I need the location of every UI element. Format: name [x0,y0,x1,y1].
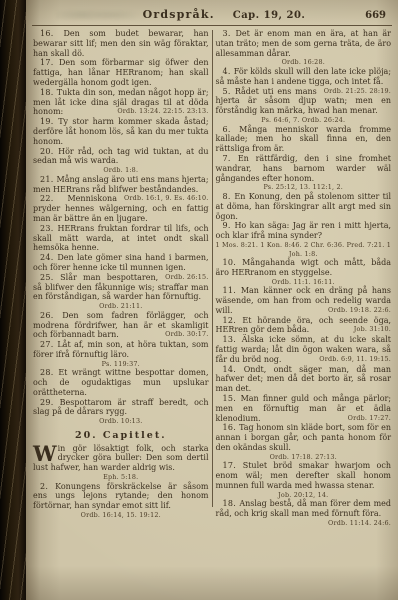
verse-number: 13. [223,335,242,344]
verse: 19. Ty stor harm kommer skada åstad; der… [33,117,209,146]
verse-number: 17. [223,461,243,470]
verse: 6. Många menniskor warda fromme kallade;… [216,125,392,154]
verse: 24. Den late gömer sina hand i barmen, o… [33,253,209,273]
cross-reference: Ordb. 11:1. 16:11. [216,278,392,287]
text-columns: 16. Den som budet bewarar, han bewarar s… [26,26,398,529]
page-title: Ordspråk. [143,8,215,21]
cross-reference: Ordb. 17:18. 27:13. [216,453,392,462]
right-column: 3. Det är enom man en ära, at han är uta… [216,29,392,529]
cross-reference: Ordb. 16:14, 15. 19:12. [33,511,209,520]
cross-reference: Ordb. 1:8. [33,166,209,175]
verse-number: 29. [40,398,60,407]
verse: Win gör lösaktigt folk, och starka dryck… [33,444,209,482]
verse: 23. HERrans fruktan fordrar til lifs, oc… [33,224,209,253]
verse: 9. Ho kan säga: Jag är ren i mitt hjerta… [216,221,392,258]
chapter-heading: 20. Capitlet. [33,431,209,441]
verse-number: 9. [223,221,235,230]
verse: 28. Et wrängt wittne bespottar domen, oc… [33,368,209,397]
verse: 3. Det är enom man en ära, at han är uta… [216,29,392,67]
verse-number: 26. [40,311,62,320]
verse: 7. En rättfärdig, den i sine fromhet wan… [216,154,392,192]
cross-reference: Ordb. 6:9, 11. 19:15. [312,355,391,365]
cross-reference: Ordb. 17:27. [341,414,391,424]
verse: 18. Anslag bestå, då man förer dem med r… [216,499,392,519]
verse-number: 15. [223,394,241,403]
verse: 18. Tukta din son, medan något hopp är; … [33,88,209,117]
verse-number: 12. [223,316,243,325]
verse: 8. En Konung, den på stolenom sitter til… [216,192,392,221]
chapter-range-label: Cap. 19, 20. [233,10,306,21]
cross-reference: Ps. 119:37. [33,360,209,369]
verse: 2. Konungens förskräckelse är såsom ens … [33,482,209,520]
verse: 29. Bespottarom är straff beredt, och sl… [33,398,209,426]
verse: 12. Et hörande öra, och seende öga, HERr… [216,316,392,336]
book-page: Ordspråk. Cap. 19, 20. 669 16. Den som b… [26,0,398,600]
verse-number: 22. [40,194,67,203]
verse-number: 23. [40,224,57,233]
verse-number: 24. [40,253,57,262]
verse-number: 20. [40,147,58,156]
verse-number: 2. [40,482,55,491]
cross-reference: Job. 31:10. [347,325,391,335]
cross-reference: Ordb. 21:11. [33,302,209,311]
chapter-20-verses: Win gör lösaktigt folk, och starka dryck… [33,444,209,520]
left-column-verses: 16. Den som budet bewarar, han bewarar s… [33,29,209,426]
verse: 13. Älska icke sömn, at du icke skalt fa… [216,335,392,364]
scanned-book-photo: Ordspråk. Cap. 19, 20. 669 16. Den som b… [0,0,398,600]
verse: 14. Ondt, ondt säger man, då man hafwer … [216,365,392,394]
verse-number: 25. [40,273,60,282]
verse-number: 10. [223,258,243,267]
dropcap-initial: W [33,444,57,462]
book-binding-edge [0,0,26,600]
verse: 17. Den som förbarmar sig öfwer den fatt… [33,58,209,87]
cross-reference: 1 Mos. 8:21. 1 Kon. 8:46. 2 Chr. 6:36. P… [216,241,392,258]
verse: 27. Låt af, min son, at höra tuktan, som… [33,340,209,368]
verse-number: 8. [223,192,235,201]
page-header: Ordspråk. Cap. 19, 20. 669 [26,0,398,23]
verse-number: 27. [40,340,57,349]
verse-number: 4. [223,67,234,76]
cross-reference: Ordb. 21:25. 28:19. [317,87,391,97]
cross-reference: Ordb. 16:1, 9. Es. 46:10. [117,194,209,204]
verse-number: 14. [223,365,244,374]
ink-showthrough [56,10,143,20]
verse: 26. Den som fadren förlägger, och modren… [33,311,209,340]
verse-number: 18. [223,499,240,508]
page-number: 669 [365,10,386,21]
cross-reference: Ordb. 10:13. [33,417,209,426]
verse-number: 11. [223,286,241,295]
verse: 10. Mångahanda wigt och mått, båda äro H… [216,258,392,286]
verse: 11. Man känner ock en dräng på hans wäse… [216,286,392,315]
verse: 21. Mång anslag äro uti ens mans hjerta;… [33,175,209,195]
verse-number: 17. [40,58,59,67]
cross-reference: Job. 20:12, 14. [216,491,392,500]
verse: 4. För kölds skull will den late icke pl… [216,67,392,87]
verse-number: 6. [223,125,240,134]
verse-number: 7. [223,154,238,163]
cross-reference: Ordb. 11:14. 24:6. [321,519,391,529]
verse-number: 5. [223,87,235,96]
header-rule [32,25,392,26]
verse-number: 21. [40,175,57,184]
verse-number: 19. [40,117,58,126]
right-column-verses: 3. Det är enom man en ära, at han är uta… [216,29,392,519]
cross-reference: Eph. 5:18. [33,473,209,482]
left-column: 16. Den som budet bewarar, han bewarar s… [33,29,209,529]
cross-reference: Ordb. 13:24. 22:15. 23:13. [110,107,208,117]
verse: 16. Den som budet bewarar, han bewarar s… [33,29,209,58]
verse-number: 3. [223,29,236,38]
cross-reference: Ordb. 19:18. 22:6. [321,306,391,316]
verse-number: 16. [223,423,240,432]
verse-number: 18. [40,88,57,97]
cross-reference: Ps. 25:12, 13. 112:1, 2. [216,183,392,192]
verse: 17. Stulet bröd smakar hwarjom och enom … [216,461,392,499]
verse: 20. Hör råd, och tag wid tuktan, at du s… [33,147,209,175]
column-divider [212,30,213,507]
cross-reference: Ps. 64:6, 7. Ordb. 26:24. [216,116,392,125]
cross-reference: Ordb. 26:15. [158,273,208,283]
verse-number: 28. [40,368,58,377]
cross-reference: Ordb. 16:28. [216,58,392,67]
verse: 15. Man finner guld och många pärlor; me… [216,394,392,423]
cross-reference: Ordb. 30:17. [158,330,208,340]
verse-number: 16. [40,29,63,38]
verse: 16. Tag honom sin kläde bort, som för en… [216,423,392,461]
